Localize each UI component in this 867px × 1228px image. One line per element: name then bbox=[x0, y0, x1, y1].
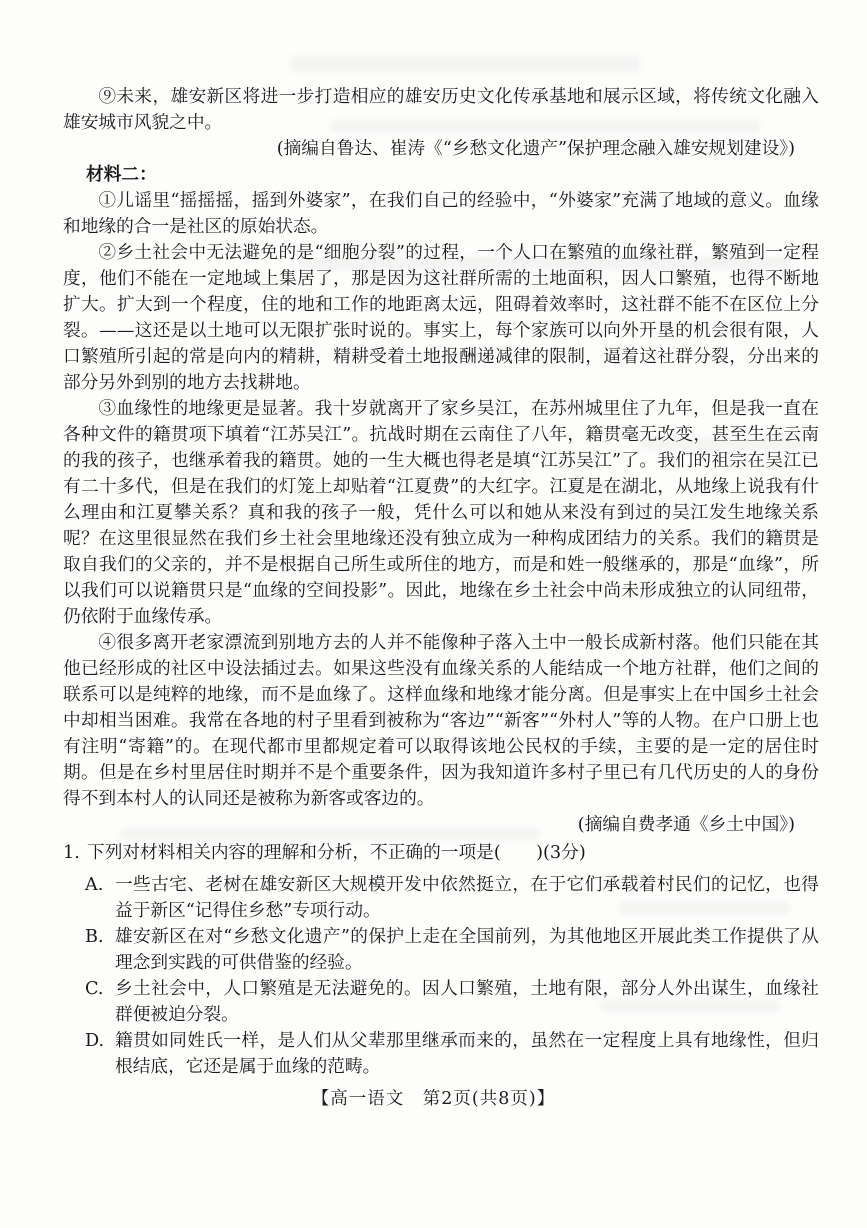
question-1-option-a: A. 一些古宅、老树在雄安新区大规模开发中依然挺立，在于它们承载着村民们的记忆，… bbox=[85, 872, 819, 924]
question-1-option-b: B. 雄安新区在对“乡愁文化遗产”的保护上走在全国前列，为其他地区开展此类工作提… bbox=[85, 924, 819, 976]
question-1-stem-row: 1. 下列对材料相关内容的理解和分析，不正确的一项是( )(3分) bbox=[63, 840, 819, 866]
material-two-paragraph-3: ③血缘性的地缘更是显著。我十岁就离开了家乡吴江，在苏州城里住了九年，但是我一直在… bbox=[63, 396, 819, 630]
option-c-label: C. bbox=[85, 976, 115, 1028]
page-text-block: ⑨未来，雄安新区将进一步打造相应的雄安历史文化传承基地和展示区域，将传统文化融入… bbox=[63, 84, 819, 1080]
page-footer: 【高一语文 第2页(共8页)】 bbox=[0, 1086, 867, 1112]
option-b-text: 雄安新区在对“乡愁文化遗产”的保护上走在全国前列，为其他地区开展此类工作提供了从… bbox=[115, 924, 819, 976]
option-d-label: D. bbox=[85, 1028, 115, 1080]
scan-bleedthrough bbox=[290, 56, 640, 72]
material-two-heading: 材料二： bbox=[63, 162, 819, 188]
option-a-label: A. bbox=[85, 872, 115, 924]
option-b-label: B. bbox=[85, 924, 115, 976]
material-one-closing-paragraph: ⑨未来，雄安新区将进一步打造相应的雄安历史文化传承基地和展示区域，将传统文化融入… bbox=[63, 84, 819, 136]
question-1-options: A. 一些古宅、老树在雄安新区大规模开发中依然挺立，在于它们承载着村民们的记忆，… bbox=[85, 872, 819, 1080]
material-one-attribution: (摘编自鲁达、崔涛《“乡愁文化遗产”保护理念融入雄安规划建设》) bbox=[63, 136, 819, 162]
material-two-paragraph-1: ①儿谣里“摇摇摇，摇到外婆家”，在我们自己的经验中，“外婆家”充满了地域的意义。… bbox=[63, 188, 819, 240]
material-two-paragraph-4: ④很多离开老家漂流到别地方去的人并不能像种子落入土中一般长成新村落。他们只能在其… bbox=[63, 630, 819, 812]
question-1-number: 1. bbox=[63, 840, 87, 866]
question-1-option-c: C. 乡土社会中，人口繁殖是无法避免的。因人口繁殖，土地有限，部分人外出谋生，血… bbox=[85, 976, 819, 1028]
question-1-stem: 下列对材料相关内容的理解和分析，不正确的一项是( )(3分) bbox=[87, 840, 819, 866]
option-d-text: 籍贯如同姓氏一样，是人们从父辈那里继承而来的，虽然在一定程度上具有地缘性，但归根… bbox=[115, 1028, 819, 1080]
material-two-attribution: (摘编自费孝通《乡土中国》) bbox=[63, 812, 819, 838]
option-c-text: 乡土社会中，人口繁殖是无法避免的。因人口繁殖，土地有限，部分人外出谋生，血缘社群… bbox=[115, 976, 819, 1028]
question-1-option-d: D. 籍贯如同姓氏一样，是人们从父辈那里继承而来的，虽然在一定程度上具有地缘性，… bbox=[85, 1028, 819, 1080]
option-a-text: 一些古宅、老树在雄安新区大规模开发中依然挺立，在于它们承载着村民们的记忆，也得益… bbox=[115, 872, 819, 924]
material-two-paragraph-2: ②乡土社会中无法避免的是“细胞分裂”的过程，一个人口在繁殖的血缘社群，繁殖到一定… bbox=[63, 240, 819, 396]
question-1: 1. 下列对材料相关内容的理解和分析，不正确的一项是( )(3分) A. 一些古… bbox=[63, 840, 819, 1080]
scanned-exam-page: ⑨未来，雄安新区将进一步打造相应的雄安历史文化传承基地和展示区域，将传统文化融入… bbox=[0, 0, 867, 1228]
